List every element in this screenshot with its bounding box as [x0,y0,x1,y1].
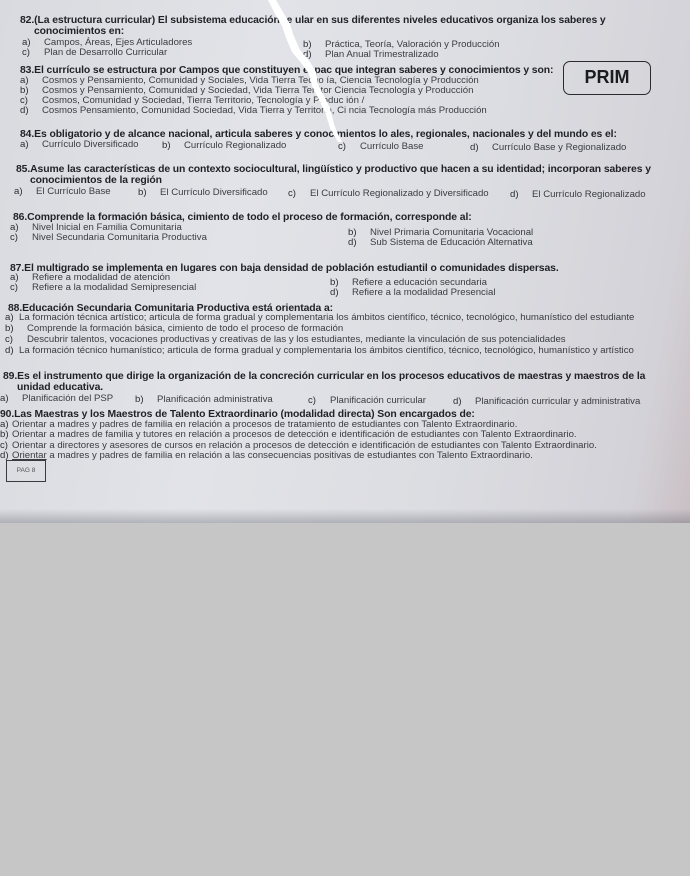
option-d[interactable]: d)La formación técnico humanístico; arti… [5,346,634,356]
option-c[interactable]: c)Currículo Base [338,142,423,152]
option-d[interactable]: d)Refiere a la modalidad Presencial [330,288,495,298]
question-stem: 89.Es el instrumento que dirige la organ… [0,371,690,393]
option-d[interactable]: d)Currículo Base y Regionalizado [470,143,626,153]
option-b[interactable]: b)Currículo Regionalizado [162,141,286,151]
option-c[interactable]: c)Refiere a la modalidad Semipresencial [10,283,196,293]
option-a[interactable]: a)La formación técnica artístico; articu… [5,313,634,323]
page-number-box: PAG 8 [6,460,46,482]
exam-page: 82.(La estructura curricular) El subsist… [0,0,690,523]
option-c[interactable]: c)Nivel Secundaria Comunitaria Productiv… [10,233,207,243]
question-89: 89.Es el instrumento que dirige la organ… [0,371,690,393]
option-c[interactable]: c)Plan de Desarrollo Curricular [22,48,167,58]
option-d[interactable]: d)Planificación curricular y administrat… [453,397,640,407]
question-90: 90.Las Maestras y los Maestros de Talent… [0,409,690,420]
option-c[interactable]: c)Planificación curricular [308,396,426,406]
question-86: 86.Comprende la formación básica, cimien… [0,212,690,223]
question-85: 85.Asume las características de un conte… [0,164,690,186]
question-87: 87.El multigrado se implementa en lugare… [0,263,690,274]
option-b[interactable]: b)El Currículo Diversificado [138,188,268,198]
prim-stamp: PRIM [563,61,651,95]
option-d[interactable]: d)El Currículo Regionalizado [510,190,646,200]
option-d[interactable]: d)Plan Anual Trimestralizado [303,50,439,60]
question-stem: 85.Asume las características de un conte… [0,164,690,186]
option-d[interactable]: d)Sub Sistema de Educación Alternativa [348,238,533,248]
question-stem: 82.(La estructura curricular) El subsist… [0,15,690,37]
option-b[interactable]: b)Planificación administrativa [135,395,273,405]
option-c[interactable]: c)El Currículo Regionalizado y Diversifi… [288,189,489,199]
option-a[interactable]: a)Currículo Diversificado [20,140,139,150]
question-82: 82.(La estructura curricular) El subsist… [0,15,690,37]
question-88: 88.Educación Secundaria Comunitaria Prod… [0,303,690,314]
option-d[interactable]: d)Orientar a madres y padres de familia … [0,451,533,461]
option-b[interactable]: b)Orientar a madres de familia y tutores… [0,430,577,440]
option-c[interactable]: c)Descubrir talentos, vocaciones product… [5,335,566,345]
option-a[interactable]: a)El Currículo Base [14,187,111,197]
option-a[interactable]: a)Planificación del PSP [0,394,113,404]
option-d[interactable]: d)Cosmos Pensamiento, Comunidad Sociedad… [20,106,487,116]
option-b[interactable]: b)Comprende la formación básica, cimient… [5,324,343,334]
question-84: 84.Es obligatorio y de alcance nacional,… [0,129,690,140]
